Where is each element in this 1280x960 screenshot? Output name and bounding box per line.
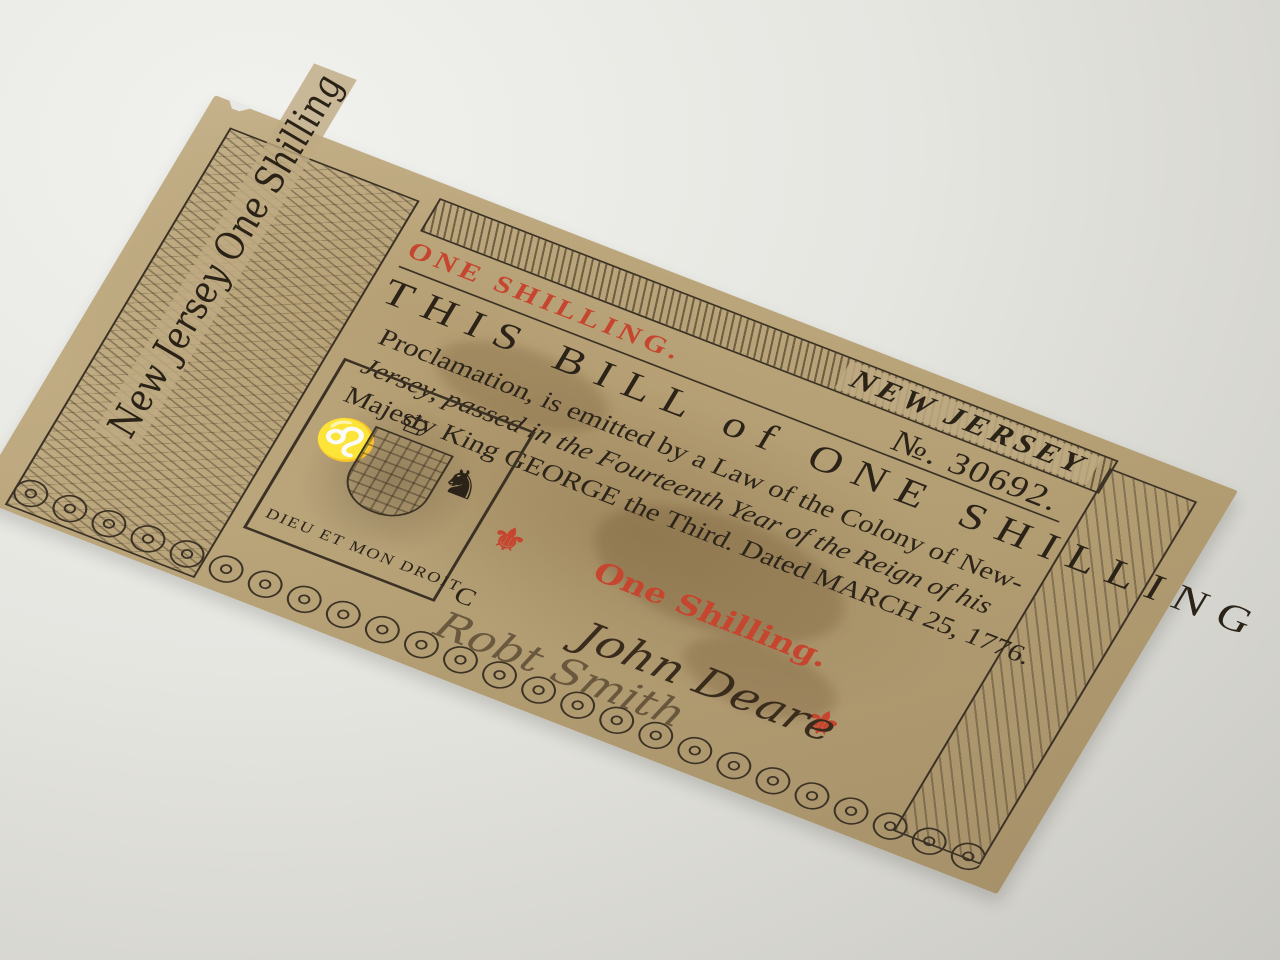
floral-motif-icon: [242, 566, 288, 603]
floral-motif-icon: [359, 611, 405, 648]
left-border-script: New Jersey One Shilling: [94, 64, 356, 448]
colonial-banknote: New Jersey One Shilling NEW JERSEY ONE S…: [0, 95, 1238, 894]
red-seal-icon: ⚜: [481, 516, 535, 563]
floral-motif-icon: [320, 596, 366, 633]
floral-motif-icon: [828, 793, 874, 830]
floral-motif-icon: [281, 581, 327, 618]
torn-notch: [225, 99, 253, 116]
floral-motif-icon: [672, 732, 718, 769]
floral-motif-icon: [789, 778, 835, 815]
floral-motif-icon: [750, 762, 796, 799]
floral-motif-icon: [711, 747, 757, 784]
photo-scene: New Jersey One Shilling NEW JERSEY ONE S…: [0, 0, 1280, 960]
floral-motif-icon: [203, 551, 249, 588]
